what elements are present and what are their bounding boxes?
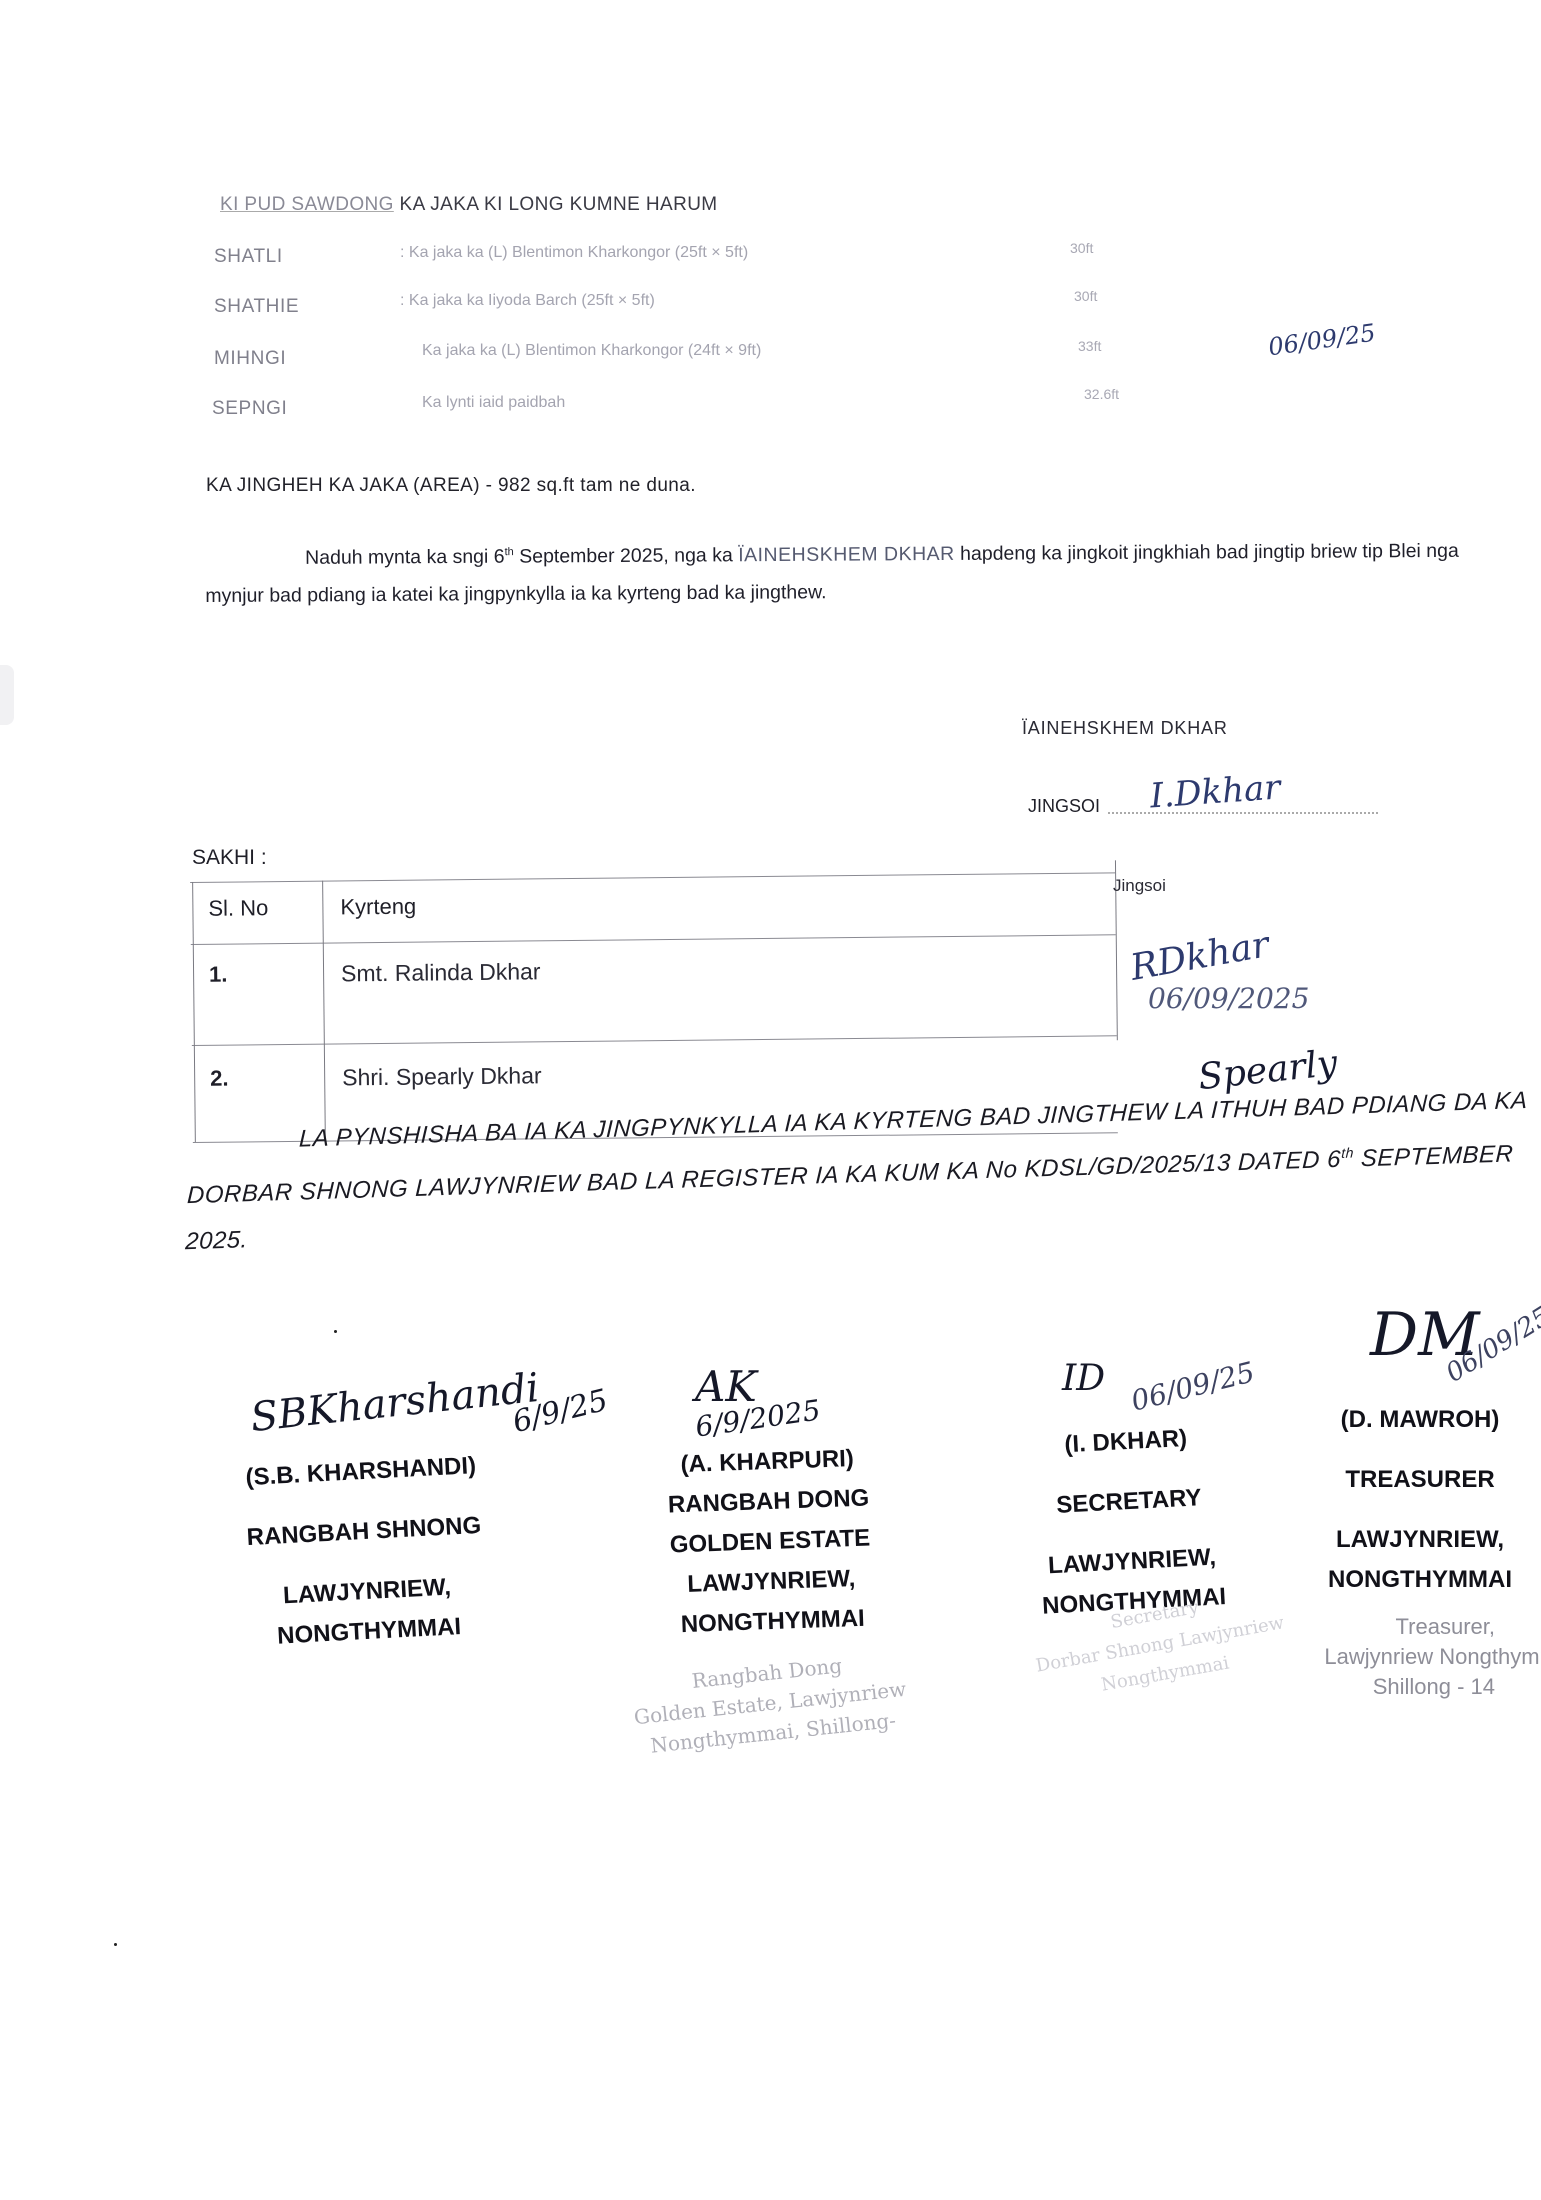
witness-signature-date: 06/09/2025: [1148, 982, 1309, 1015]
row-number: 2.: [210, 1066, 229, 1092]
speck: [334, 1330, 337, 1333]
applicant-inline-name: ÏAINEHSKHEM DKHAR: [738, 543, 955, 566]
signature-dotted-line: [1108, 812, 1378, 814]
boundary-side: MIHNGI: [214, 348, 286, 370]
col-header-name: Kyrteng: [340, 894, 416, 921]
declaration-paragraph: Naduh mynta ka sngi 6th September 2025, …: [205, 528, 1460, 614]
boundary-measure: 32.6ft: [1084, 386, 1119, 402]
area-line: KA JINGHEH KA JAKA (AREA) - 982 sq.ft ta…: [206, 475, 696, 497]
signatory-signature: SBKharshandi: [248, 1365, 541, 1441]
boundary-side: SHATLI: [214, 246, 283, 268]
table-row: 1. Smt. Ralinda Dkhar: [190, 860, 1120, 870]
boundary-measure: 30ft: [1070, 240, 1093, 256]
boundaries-heading: KI PUD SAWDONG KA JAKA KI LONG KUMNE HAR…: [220, 194, 718, 216]
boundary-desc: Ka lynti iaid paidbah: [422, 394, 565, 412]
signatory-treasurer: (D. MAWROH) TREASURER LAWJYNRIEW, NONGTH…: [1310, 1400, 1530, 1600]
scan-smudge: [0, 665, 14, 725]
applicant-signature-label: JINGSOI: [1028, 796, 1100, 817]
heading-rest: KA JAKA KI LONG KUMNE HARUM: [400, 194, 718, 215]
witness-signature: RDkhar: [1128, 924, 1273, 989]
speck: [114, 1943, 117, 1946]
signatory-date: 06/09/25: [1128, 1355, 1258, 1417]
signatory-rangbah-dong: (A. KHARPURI) RANGBAH DONG GOLDEN ESTATE…: [617, 1437, 924, 1647]
treasurer-stamp: Treasurer, Lawjynriew Nongthymmai Shillo…: [1295, 1612, 1541, 1702]
handwritten-date: 06/09/25: [1267, 319, 1378, 362]
boundary-desc: Ka jaka ka (L) Blentimon Kharkongor (24f…: [422, 342, 761, 360]
boundary-measure: 30ft: [1074, 288, 1097, 304]
witness-name: Smt. Ralinda Dkhar: [341, 958, 541, 987]
col-header-signature: Jingsoi: [1113, 876, 1166, 896]
boundary-desc: : Ka jaka ka Iiyoda Barch (25ft × 5ft): [400, 292, 655, 310]
signatory-rangbah-shnong: (S.B. KHARSHANDI) RANGBAH SHNONG LAWJYNR…: [195, 1444, 535, 1661]
boundary-desc: : Ka jaka ka (L) Blentimon Kharkongor (2…: [400, 244, 748, 262]
witness-name: Shri. Spearly Dkhar: [342, 1062, 542, 1091]
signatory-signature: ID: [1062, 1358, 1105, 1399]
row-number: 1.: [209, 962, 228, 988]
col-header-slno: Sl. No: [208, 895, 268, 922]
rangbah-dong-stamp: Rangbah Dong Golden Estate, Lawjynriew N…: [586, 1639, 953, 1766]
table-row: 2. Shri. Spearly Dkhar: [190, 860, 1120, 870]
boundary-measure: 33ft: [1078, 338, 1101, 354]
witness-title: SAKHI :: [192, 846, 267, 870]
applicant-name: ÏAINEHSKHEM DKHAR: [1022, 718, 1228, 739]
applicant-signature: I.Dkhar: [1149, 767, 1282, 816]
boundary-side: SHATHIE: [214, 296, 299, 318]
heading-underlined: KI PUD SAWDONG: [220, 194, 394, 215]
boundary-side: SEPNGI: [212, 398, 287, 420]
